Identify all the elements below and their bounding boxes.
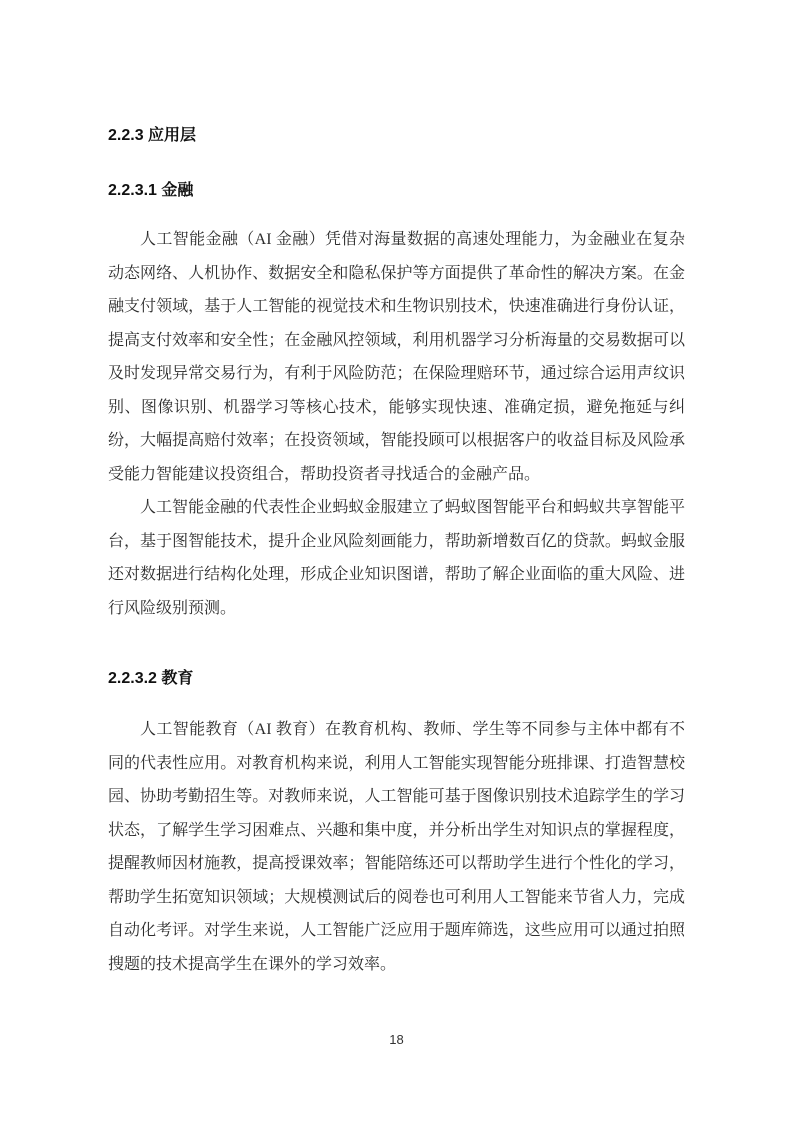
document-content: 2.2.3 应用层 2.2.3.1 金融 人工智能金融（AI 金融）凭借对海量数…: [0, 0, 793, 981]
heading-application-layer: 2.2.3 应用层: [108, 126, 685, 146]
paragraph-education-1: 人工智能教育（AI 教育）在教育机构、教师、学生等不同参与主体中都有不同的代表性…: [108, 713, 685, 981]
paragraph-finance-2: 人工智能金融的代表性企业蚂蚁金服建立了蚂蚁图智能平台和蚂蚁共享智能平台，基于图智…: [108, 491, 685, 625]
page-number: 18: [0, 1032, 793, 1047]
heading-education: 2.2.3.2 教育: [108, 669, 685, 689]
document-page: 2.2.3 应用层 2.2.3.1 金融 人工智能金融（AI 金融）凭借对海量数…: [0, 0, 793, 1122]
heading-finance: 2.2.3.1 金融: [108, 181, 685, 201]
paragraph-finance-1: 人工智能金融（AI 金融）凭借对海量数据的高速处理能力，为金融业在复杂动态网络、…: [108, 223, 685, 491]
